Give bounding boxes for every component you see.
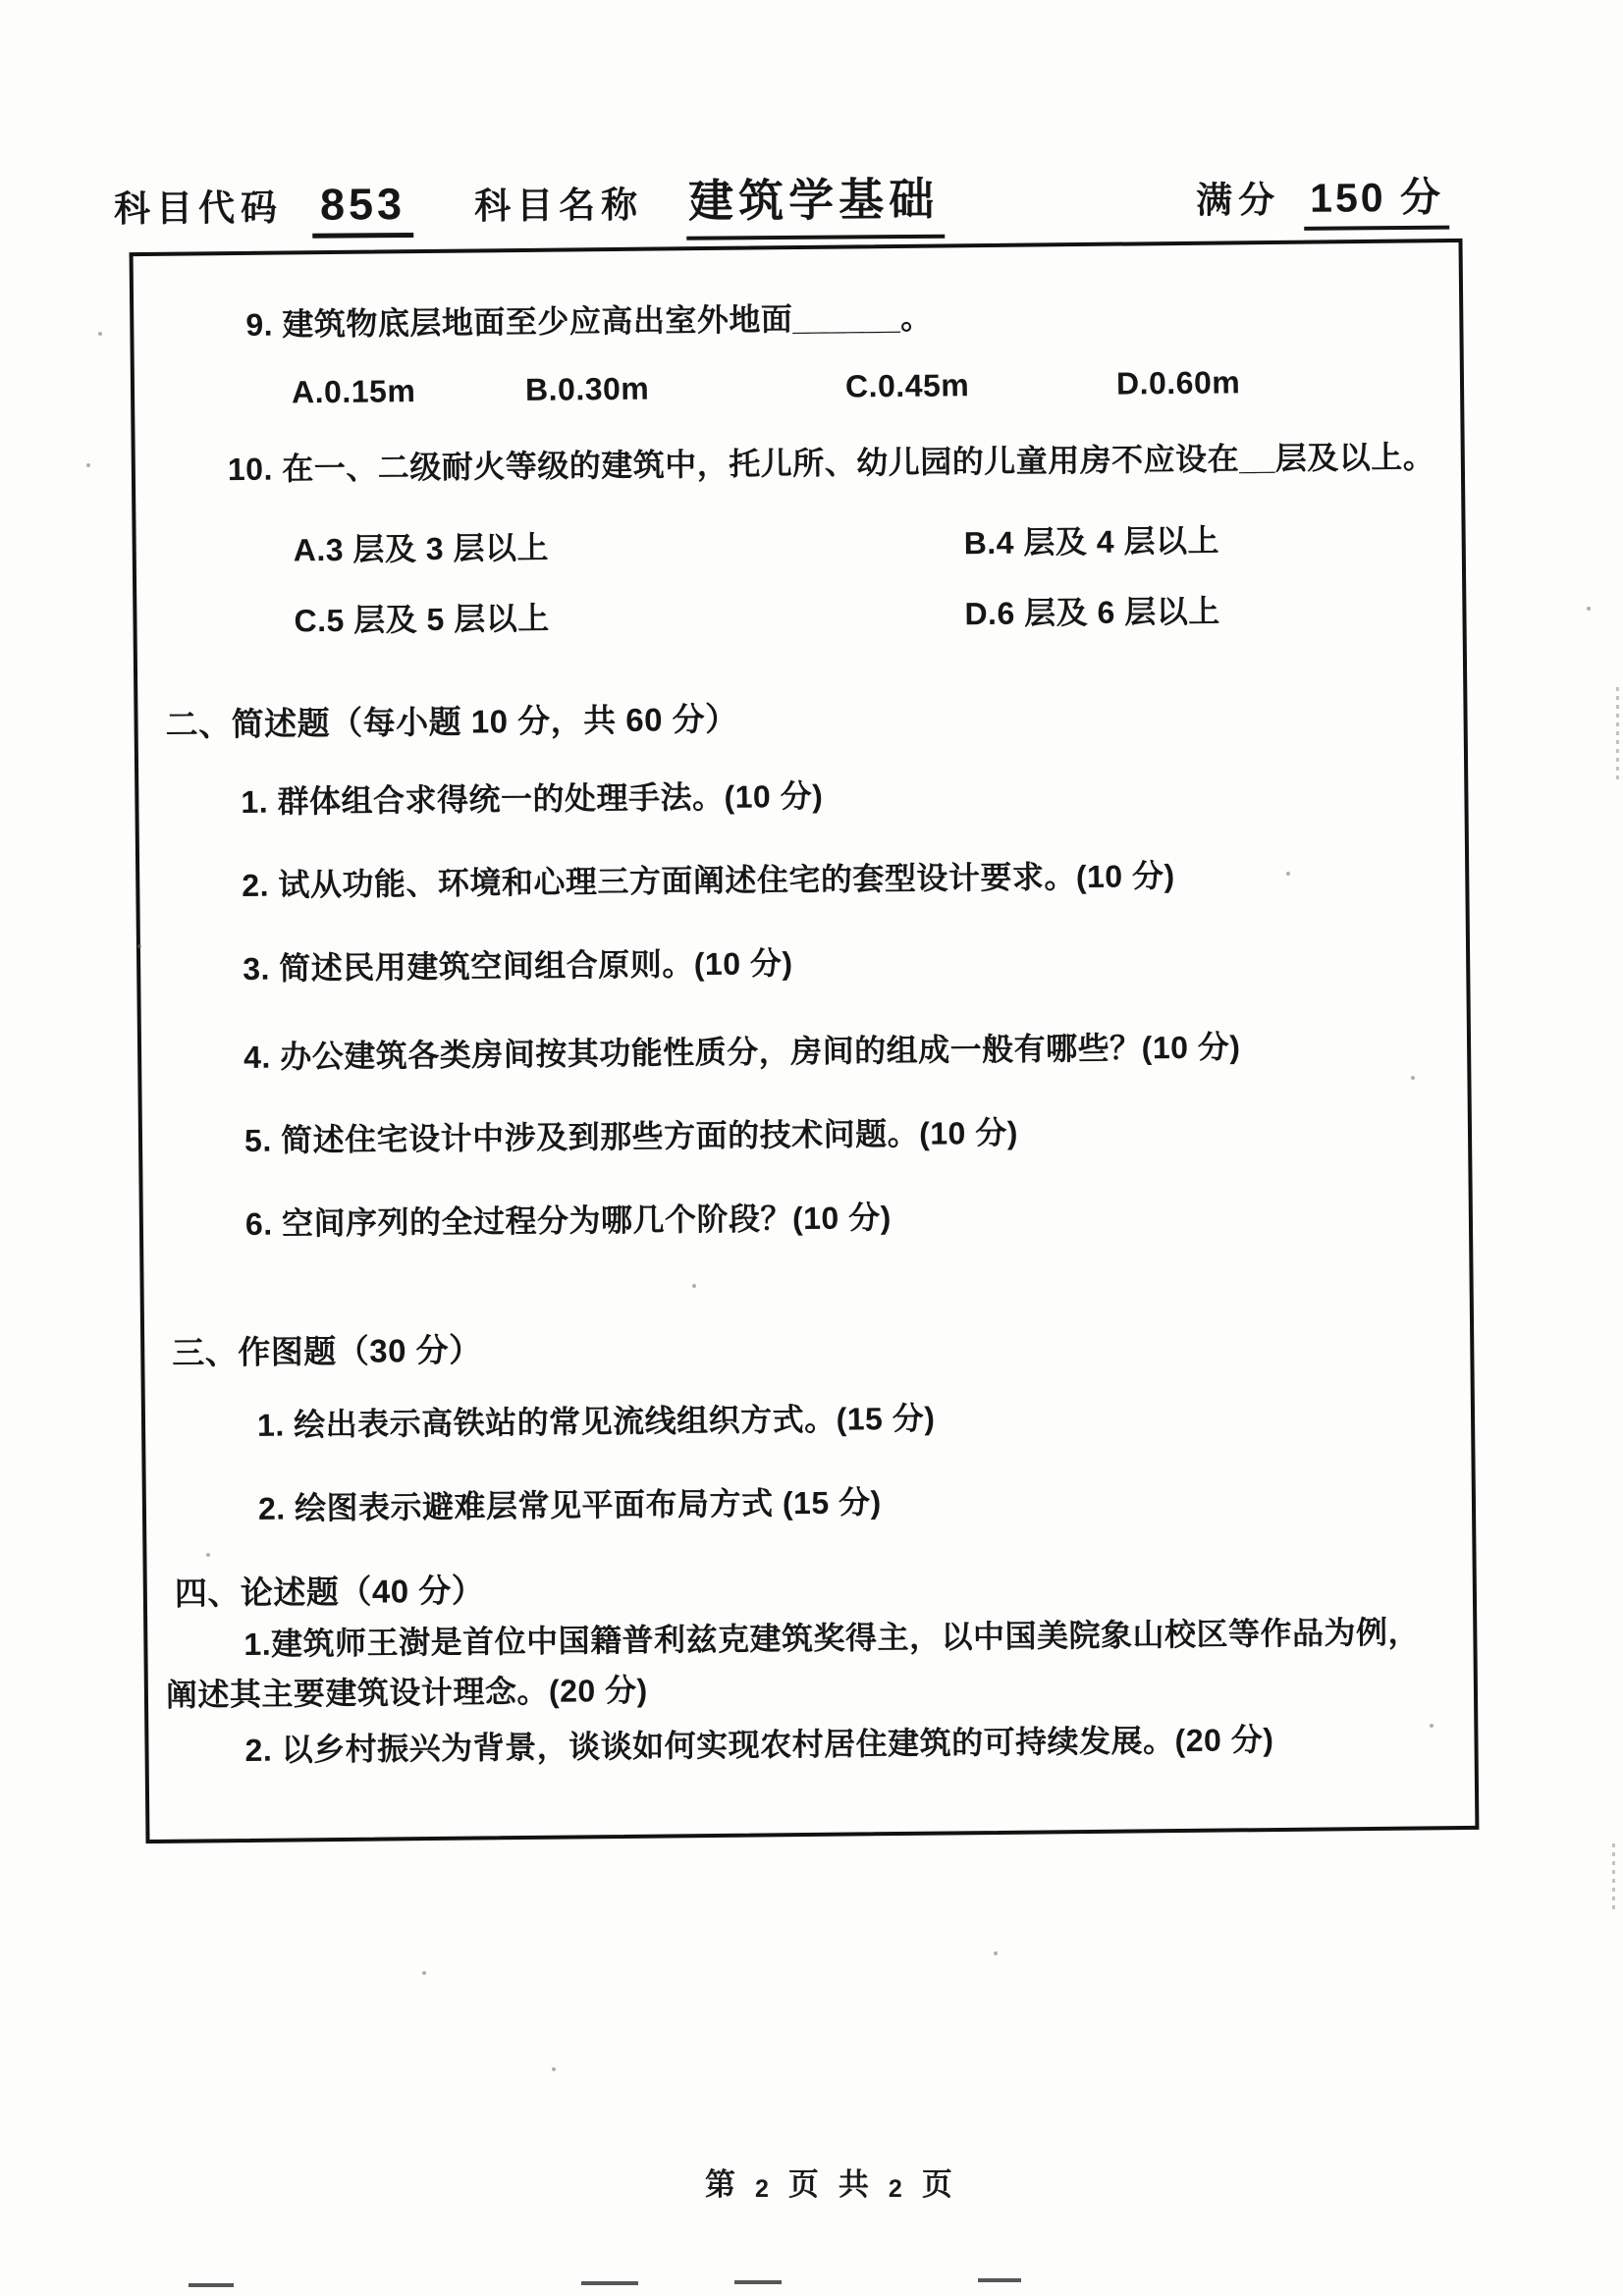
question-9: 9. 建筑物底层地面至少应高出室外地面______。 bbox=[245, 294, 933, 346]
exam-header: 科目代码 853 科目名称 建筑学基础 满分 150 分 bbox=[114, 160, 1450, 245]
drawing-question-1: 1. 绘出表示高铁站的常见流线组织方式。(15 分) bbox=[257, 1394, 936, 1446]
footer-total-pages: 2 bbox=[889, 2175, 902, 2204]
question-9-option-d: D.0.60m bbox=[1116, 364, 1241, 401]
footer-prefix: 第 bbox=[705, 2160, 735, 2204]
scanned-exam-page: 科目代码 853 科目名称 建筑学基础 满分 150 分 9. 建筑物底层地面至… bbox=[0, 0, 1623, 2296]
essay-question-1: 1.建筑师王澍是首位中国籍普利兹克建筑奖得主，以中国美院象山校区等作品为例，阐述… bbox=[165, 1607, 1452, 1721]
question-9-option-c: C.0.45m bbox=[845, 367, 970, 404]
drawing-question-2: 2. 绘图表示避难层常见平面布局方式 (15 分) bbox=[258, 1477, 882, 1529]
question-box: 9. 建筑物底层地面至少应高出室外地面______。 A.0.15m B.0.3… bbox=[130, 239, 1480, 1843]
short-answer-6: 6. 空间序列的全过程分为哪几个阶段？(10 分) bbox=[245, 1193, 892, 1245]
short-answer-2: 2. 试从功能、环境和心理三方面阐述住宅的套型设计要求。(10 分) bbox=[242, 851, 1175, 906]
question-10: 10. 在一、二级耐火等级的建筑中，托儿所、幼儿园的儿童用房不应设在__层及以上… bbox=[228, 432, 1435, 490]
short-answer-5: 5. 简述住宅设计中涉及到那些方面的技术问题。(10 分) bbox=[244, 1108, 1018, 1161]
full-score-value: 150 分 bbox=[1304, 165, 1449, 231]
question-10-option-b: B.4 层及 4 层以上 bbox=[963, 516, 1219, 564]
subject-code-value: 853 bbox=[312, 179, 414, 239]
short-answer-1: 1. 群体组合求得统一的处理手法。(10 分) bbox=[241, 772, 823, 823]
page-footer: 第 2 页 共 2 页 bbox=[705, 2160, 952, 2204]
section-4-heading: 四、论述题（40 分） bbox=[175, 1565, 485, 1614]
short-answer-4: 4. 办公建筑各类房间按其功能性质分，房间的组成一般有哪些？(10 分) bbox=[243, 1022, 1241, 1078]
question-10-option-d: D.6 层及 6 层以上 bbox=[964, 587, 1220, 635]
short-answer-3: 3. 简述民用建筑空间组合原则。(10 分) bbox=[243, 938, 793, 989]
essay-question-2: 2. 以乡村振兴为背景，谈谈如何实现农村居住建筑的可持续发展。(20 分) bbox=[244, 1715, 1273, 1771]
question-9-option-b: B.0.30m bbox=[525, 371, 650, 408]
footer-total-label: 共 bbox=[839, 2160, 869, 2204]
section-3-heading: 三、作图题（30 分） bbox=[172, 1324, 482, 1373]
footer-page-number: 2 bbox=[755, 2175, 769, 2204]
question-10-option-a: A.3 层及 3 层以上 bbox=[293, 523, 549, 571]
section-2-heading: 二、简述题（每小题 10 分，共 60 分） bbox=[165, 694, 738, 746]
full-score-label: 满分 bbox=[1196, 170, 1280, 224]
question-9-option-a: A.0.15m bbox=[292, 373, 416, 410]
footer-total-pages-label: 页 bbox=[922, 2160, 952, 2204]
question-10-option-c: C.5 层及 5 层以上 bbox=[294, 594, 550, 642]
subject-code-label: 科目代码 bbox=[114, 178, 283, 232]
subject-name-value: 建筑学基础 bbox=[686, 164, 946, 240]
footer-page-label: 页 bbox=[788, 2160, 819, 2204]
subject-name-label: 科目名称 bbox=[474, 175, 643, 229]
